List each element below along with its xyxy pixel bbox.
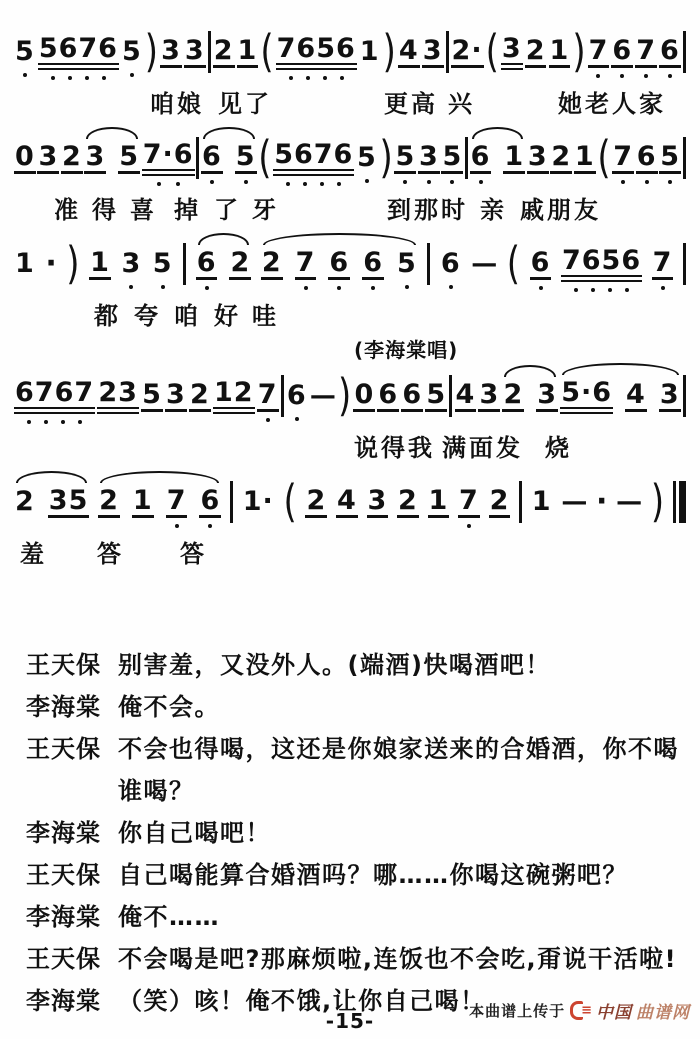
lyric-syllable: 了 [214, 190, 241, 225]
jianpu-note: 1 [132, 486, 154, 518]
octave-dots [196, 286, 218, 290]
jianpu-note: 5 [121, 37, 143, 66]
barline [183, 243, 186, 285]
jianpu-note: 1· [242, 487, 275, 516]
note-number: 2 [502, 380, 524, 412]
jianpu-note: 1 [89, 248, 111, 280]
lyric-syllable: 说得我 [354, 428, 435, 463]
note-number: 7 [612, 142, 634, 174]
duration-dash: — [471, 251, 497, 277]
note-number: 5 [394, 142, 416, 174]
note-number: 3 [160, 36, 182, 68]
octave-dots [257, 418, 279, 422]
note-number: 6 [530, 248, 552, 280]
note-number: 1 [531, 487, 553, 516]
augmentation-dot: · [596, 487, 607, 517]
dialogue-section: 王天保别害羞，又没外人。(端酒)快喝酒吧！李海棠俺不会。王天保不会也得喝，这还是… [26, 644, 686, 1022]
lyric-syllable: 见了 [218, 84, 272, 119]
note-number: 2 [397, 486, 419, 518]
note-number: 0 [14, 142, 36, 174]
barline [449, 375, 452, 417]
jianpu-note: 6 [611, 36, 633, 68]
note-number: 1 [132, 486, 154, 518]
notes-row: 23521761·(24321721—·—) [12, 466, 688, 536]
octave-dots [166, 524, 188, 528]
jianpu-note: 2 [489, 486, 511, 518]
score-system: 23521761·(24321721—·—)羞答答 [12, 466, 688, 562]
sheet-music-page: 556765)3321(76561)432·(321)7676咱娘见了更高兴她老… [0, 0, 700, 1039]
jianpu-note: 3 [367, 486, 389, 518]
note-number: 3 [120, 249, 142, 278]
jianpu-note: 5 [356, 143, 378, 172]
note-number: 5676 [38, 34, 119, 70]
note-number: 2 [550, 142, 572, 174]
dialogue-text: 别害羞，又没外人。(端酒)快喝酒吧！ [118, 644, 686, 686]
note-number: 5 [121, 37, 143, 66]
singer-annotation-row: (李海棠唱) [12, 334, 688, 360]
dialogue-speaker: 王天保 [26, 644, 104, 686]
note-number: 5 [425, 380, 447, 412]
lyric-syllable: 得 [92, 190, 119, 225]
note-number: 1 [14, 249, 36, 278]
note-number: 2 [489, 486, 511, 518]
octave-dots [396, 285, 418, 289]
octave-dots [356, 179, 378, 183]
jianpu-note: 1 [574, 142, 596, 174]
jianpu-note: 6 [286, 381, 308, 410]
note-number: 7 [166, 486, 188, 518]
note-number: 1 [359, 37, 381, 66]
jianpu-note: 7 [588, 36, 610, 68]
barline [683, 31, 686, 73]
jianpu-note: 2 [213, 36, 235, 68]
note-number: 2 [213, 36, 235, 68]
note-number: 1 [574, 142, 596, 174]
lyrics-row: 咱娘见了更高兴她老人家 [12, 86, 688, 112]
jianpu-note: 6 [470, 142, 492, 174]
note-number: 5 [118, 142, 140, 174]
jianpu-note: 1 [237, 36, 259, 68]
octave-dots [635, 74, 657, 78]
jianpu-note: 7656 [276, 34, 357, 70]
parenthesis: ( [486, 30, 499, 74]
dialogue-text: 俺不会。 [118, 686, 686, 728]
octave-dot [289, 76, 293, 80]
jianpu-note: 5 [141, 380, 163, 412]
jianpu-note: 5676 [38, 34, 119, 70]
lyrics-row: 说得我满面发烧 [12, 430, 688, 456]
note-number: 6 [199, 486, 221, 518]
note-number: 6767 [14, 378, 95, 414]
jianpu-note: 6 [530, 248, 552, 280]
notes-row: 1·)13562276656—(676567 [12, 228, 688, 298]
final-barline-thin [673, 481, 676, 523]
octave-dot [450, 180, 454, 184]
jianpu-note: 2 [14, 487, 36, 516]
octave-dots [201, 180, 223, 184]
lyric-syllable: 牙 [252, 190, 279, 225]
jianpu-note: 3 [527, 142, 549, 174]
note-number: 6 [401, 380, 423, 412]
jianpu-note: 3 [422, 36, 444, 68]
jianpu-note: 4 [398, 36, 420, 68]
jianpu-note: 1 [531, 487, 553, 516]
jianpu-note: 7656 [561, 246, 642, 282]
dialogue-text: 你自己喝吧！ [118, 812, 686, 854]
octave-dots [142, 182, 195, 186]
lyric-syllable: 好 [214, 296, 241, 331]
site-name-rest: 曲谱网 [636, 998, 690, 1023]
jianpu-note: 5 [425, 380, 447, 412]
jianpu-note: 1 [14, 249, 36, 278]
lyric-syllable: 她老人家 [558, 84, 666, 119]
jianpu-note: 3 [165, 380, 187, 412]
jianpu-note: 5 [118, 142, 140, 174]
octave-dot [596, 74, 600, 78]
barline [683, 137, 686, 179]
lyric-syllable: 咱娘 [150, 84, 204, 119]
octave-dot [574, 288, 578, 292]
slur-group: 61 [470, 142, 526, 174]
dialogue-line: 王天保自己喝能算合婚酒吗？哪……你喝这碗粥吧？ [26, 854, 686, 896]
score-system: 1·)13562276656—(676567都夸咱好哇 [12, 228, 688, 324]
octave-dots [394, 180, 416, 184]
jianpu-note: 2 [189, 380, 211, 412]
dialogue-line: 李海棠俺不会。 [26, 686, 686, 728]
dialogue-speaker: 李海棠 [26, 686, 104, 728]
octave-dot [449, 285, 453, 289]
octave-dot [303, 182, 307, 186]
note-number: 2 [14, 487, 36, 516]
lyric-syllable: 亲 [480, 190, 507, 225]
octave-dots [273, 182, 354, 186]
jianpu-note: 2 [261, 248, 283, 280]
octave-dots [659, 74, 681, 78]
duration-dash: — [616, 489, 642, 515]
note-number: 6 [201, 142, 223, 174]
parenthesis: ) [338, 374, 351, 418]
dialogue-speaker: 李海棠 [26, 896, 104, 938]
octave-dot [85, 76, 89, 80]
slur-group: 62 [196, 248, 252, 280]
notes-row: 556765)3321(76561)432·(321)7676 [12, 16, 688, 86]
dialogue-text: 不会喝是吧?那麻烦啦,连饭也不会吃,甭说干活啦! [118, 938, 686, 980]
barline [446, 31, 449, 73]
note-number: 7 [458, 486, 480, 518]
lyric-syllable: 满面发 [442, 428, 523, 463]
octave-dot [306, 76, 310, 80]
watermark: 本曲谱上传于 ≡ 中国 曲谱网 [469, 998, 690, 1023]
jianpu-note: 23 [97, 378, 139, 414]
jianpu-note: 4 [455, 380, 477, 412]
dialogue-text: 俺不…… [118, 896, 686, 938]
octave-dots [295, 286, 317, 290]
note-number: 1 [549, 36, 571, 68]
octave-dots [38, 76, 119, 80]
notes-row: 032357·665(56765)53561321(765 [12, 122, 688, 192]
barline [519, 481, 522, 523]
dialogue-line: 王天保别害羞，又没外人。(端酒)快喝酒吧！ [26, 644, 686, 686]
jianpu-note: 5 [235, 142, 257, 174]
jianpu-note: 7 [652, 248, 674, 280]
octave-dots [362, 286, 384, 290]
note-number: 5 [152, 249, 174, 278]
jianpu-note: 3 [418, 142, 440, 174]
octave-dot [78, 420, 82, 424]
note-number: 7 [652, 248, 674, 280]
lyric-syllable: 夸 [134, 296, 161, 331]
note-number: 1 [89, 248, 111, 280]
jianpu-note: 5 [14, 37, 36, 66]
note-number: 5·6 [560, 378, 613, 414]
note-number: 1· [242, 487, 275, 516]
octave-dot [176, 182, 180, 186]
note-number: 0 [353, 380, 375, 412]
note-number: 2 [525, 36, 547, 68]
octave-dot [244, 180, 248, 184]
slur-group: 35 [84, 142, 140, 174]
final-barline-thick [679, 481, 686, 523]
jianpu-note: 2 [61, 142, 83, 174]
slur-group: 2176 [98, 486, 221, 518]
dialogue-line: 李海棠俺不…… [26, 896, 686, 938]
octave-dot [129, 285, 133, 289]
jianpu-note: 1 [428, 486, 450, 518]
octave-dot [23, 73, 27, 77]
octave-dots [121, 73, 143, 77]
jianpu-note: 5676 [273, 140, 354, 176]
octave-dots [14, 73, 36, 77]
octave-dot [620, 74, 624, 78]
octave-dots [235, 180, 257, 184]
octave-dot [661, 286, 665, 290]
octave-dot [405, 285, 409, 289]
jianpu-note: 1 [359, 37, 381, 66]
barline [230, 481, 233, 523]
octave-dot [625, 288, 629, 292]
jianpu-note: 6 [328, 248, 350, 280]
note-number: 6 [328, 248, 350, 280]
octave-dot [645, 180, 649, 184]
jianpu-note: 6 [440, 249, 462, 278]
jianpu-note: 7 [166, 486, 188, 518]
jianpu-note: 2 [550, 142, 572, 174]
jianpu-note: 3 [160, 36, 182, 68]
octave-dots [470, 180, 492, 184]
octave-dot [210, 180, 214, 184]
octave-dots [458, 524, 480, 528]
octave-dot [337, 286, 341, 290]
jianpu-note: 1 [503, 142, 525, 174]
duration-dash: — [310, 383, 336, 409]
jianpu-note: 1 [549, 36, 571, 68]
octave-dot [340, 76, 344, 80]
barline [208, 31, 211, 73]
final-barline [673, 481, 686, 523]
octave-dot [668, 74, 672, 78]
site-name-cn: 中国 [596, 998, 632, 1023]
jianpu-note: 7 [257, 380, 279, 412]
lyric-syllable: 答 [97, 534, 124, 569]
note-number: 4 [336, 486, 358, 518]
octave-dot [51, 76, 55, 80]
jianpu-note: 6 [401, 380, 423, 412]
octave-dots [561, 288, 642, 292]
barline [683, 243, 686, 285]
note-number: 6 [659, 36, 681, 68]
jianpu-note: 5 [394, 142, 416, 174]
lyrics-row: 准得喜掉了牙到那时亲戚朋友 [12, 192, 688, 218]
jianpu-note: 2 [229, 248, 251, 280]
lyric-syllable: 哇 [252, 296, 279, 331]
jianpu-note: 7 [458, 486, 480, 518]
note-number: 5 [141, 380, 163, 412]
score-system: (李海棠唱)6767235321276—)066543235·643说得我满面发… [12, 334, 688, 456]
octave-dots [418, 180, 440, 184]
lyric-syllable: 准 [54, 190, 81, 225]
jianpu-note: 3 [659, 380, 681, 412]
octave-dot [295, 417, 299, 421]
barline [465, 137, 468, 179]
parenthesis: ( [283, 480, 296, 524]
octave-dot [68, 76, 72, 80]
octave-dot [61, 420, 65, 424]
note-number: 6 [196, 248, 218, 280]
note-number: 1 [428, 486, 450, 518]
octave-dots [530, 286, 552, 290]
logo-lines-glyph: ≡ [581, 1003, 591, 1018]
octave-dot [266, 418, 270, 422]
jianpu-note: 0 [14, 142, 36, 174]
barline [196, 137, 199, 179]
lyric-syllable: 喜 [130, 190, 157, 225]
lyric-syllable: 更高 [384, 84, 438, 119]
jianpu-note: 3 [120, 249, 142, 278]
octave-dot [427, 180, 431, 184]
jianpu-note: 2 [397, 486, 419, 518]
note-number: 1 [503, 142, 525, 174]
jianpu-note: 3 [184, 36, 206, 68]
jianpu-note: 6 [199, 486, 221, 518]
note-number: 3 [418, 142, 440, 174]
octave-dots [611, 74, 633, 78]
score-system: 032357·665(56765)53561321(765准得喜掉了牙到那时亲戚… [12, 122, 688, 218]
octave-dots [14, 420, 95, 424]
octave-dot [157, 182, 161, 186]
octave-dots [328, 286, 350, 290]
lyric-syllable: 都 [94, 296, 121, 331]
note-number: 3 [422, 36, 444, 68]
barline [281, 375, 284, 417]
octave-dot [205, 286, 209, 290]
dialogue-speaker: 王天保 [26, 728, 104, 770]
jianpu-note: 6 [636, 142, 658, 174]
jianpu-note: 3 [84, 142, 106, 174]
jianpu-note: 7·6 [142, 140, 195, 176]
jianpu-note: 6 [362, 248, 384, 280]
slur-group: 235 [14, 486, 89, 518]
jianpu-note: 6 [659, 36, 681, 68]
octave-dots [440, 285, 462, 289]
octave-dots [636, 180, 658, 184]
octave-dots [588, 74, 610, 78]
note-number: 4 [398, 36, 420, 68]
jianpu-note: 3 [478, 380, 500, 412]
octave-dot [371, 286, 375, 290]
octave-dot [27, 420, 31, 424]
octave-dots [120, 285, 142, 289]
octave-dots [199, 524, 221, 528]
parenthesis: ( [597, 136, 610, 180]
dialogue-line: 王天保不会也得喝，这还是你娘家送来的合婚酒，你不喝谁喝？ [26, 728, 686, 812]
slur-group: 65 [201, 142, 257, 174]
note-number: 3 [478, 380, 500, 412]
dialogue-speaker: 王天保 [26, 938, 104, 980]
note-number: 7 [295, 248, 317, 280]
note-number: 5 [659, 142, 681, 174]
note-number: 7 [257, 380, 279, 412]
jianpu-note: 2 [98, 486, 120, 518]
note-number: 6 [362, 248, 384, 280]
jianpu-note: 5 [152, 249, 174, 278]
lyric-syllable: 咱 [174, 296, 201, 331]
octave-dot [591, 288, 595, 292]
note-number: 3 [165, 380, 187, 412]
c-lines-logo-icon: ≡ [570, 1001, 591, 1020]
lyric-syllable: 戚朋友 [520, 190, 601, 225]
note-number: 3 [527, 142, 549, 174]
lyric-syllable: 兴 [448, 84, 475, 119]
note-number: 3 [367, 486, 389, 518]
note-number: 3 [501, 34, 523, 70]
jianpu-note: 5 [441, 142, 463, 174]
note-number: 5676 [273, 140, 354, 176]
note-number: 5 [235, 142, 257, 174]
note-number: 3 [84, 142, 106, 174]
note-number: 5 [356, 143, 378, 172]
jianpu-note: 12 [213, 378, 255, 414]
note-number: 6 [440, 249, 462, 278]
parenthesis: ( [258, 136, 271, 180]
dialogue-text: 不会也得喝，这还是你娘家送来的合婚酒，你不喝谁喝？ [118, 728, 686, 812]
octave-dot [337, 182, 341, 186]
octave-dots [652, 286, 674, 290]
lyric-syllable: 答 [180, 534, 207, 569]
parenthesis: ( [507, 242, 520, 286]
octave-dot [621, 180, 625, 184]
octave-dots [441, 180, 463, 184]
octave-dot [161, 285, 165, 289]
jianpu-note: 6 [196, 248, 218, 280]
note-number: 6 [377, 380, 399, 412]
jianpu-note: 5·6 [560, 378, 613, 414]
octave-dots [659, 180, 681, 184]
octave-dot [479, 180, 483, 184]
octave-dots [286, 417, 308, 421]
jianpu-note: 2 [525, 36, 547, 68]
octave-dot [130, 73, 134, 77]
note-number: 7656 [276, 34, 357, 70]
score-system: 556765)3321(76561)432·(321)7676咱娘见了更高兴她老… [12, 16, 688, 112]
octave-dot [539, 286, 543, 290]
note-number: 5 [441, 142, 463, 174]
lyric-syllable: 羞 [20, 534, 47, 569]
jianpu-note: 6 [201, 142, 223, 174]
octave-dot [102, 76, 106, 80]
note-number: 6 [636, 142, 658, 174]
note-number: 4 [455, 380, 477, 412]
lyric-syllable: 掉 [174, 190, 201, 225]
